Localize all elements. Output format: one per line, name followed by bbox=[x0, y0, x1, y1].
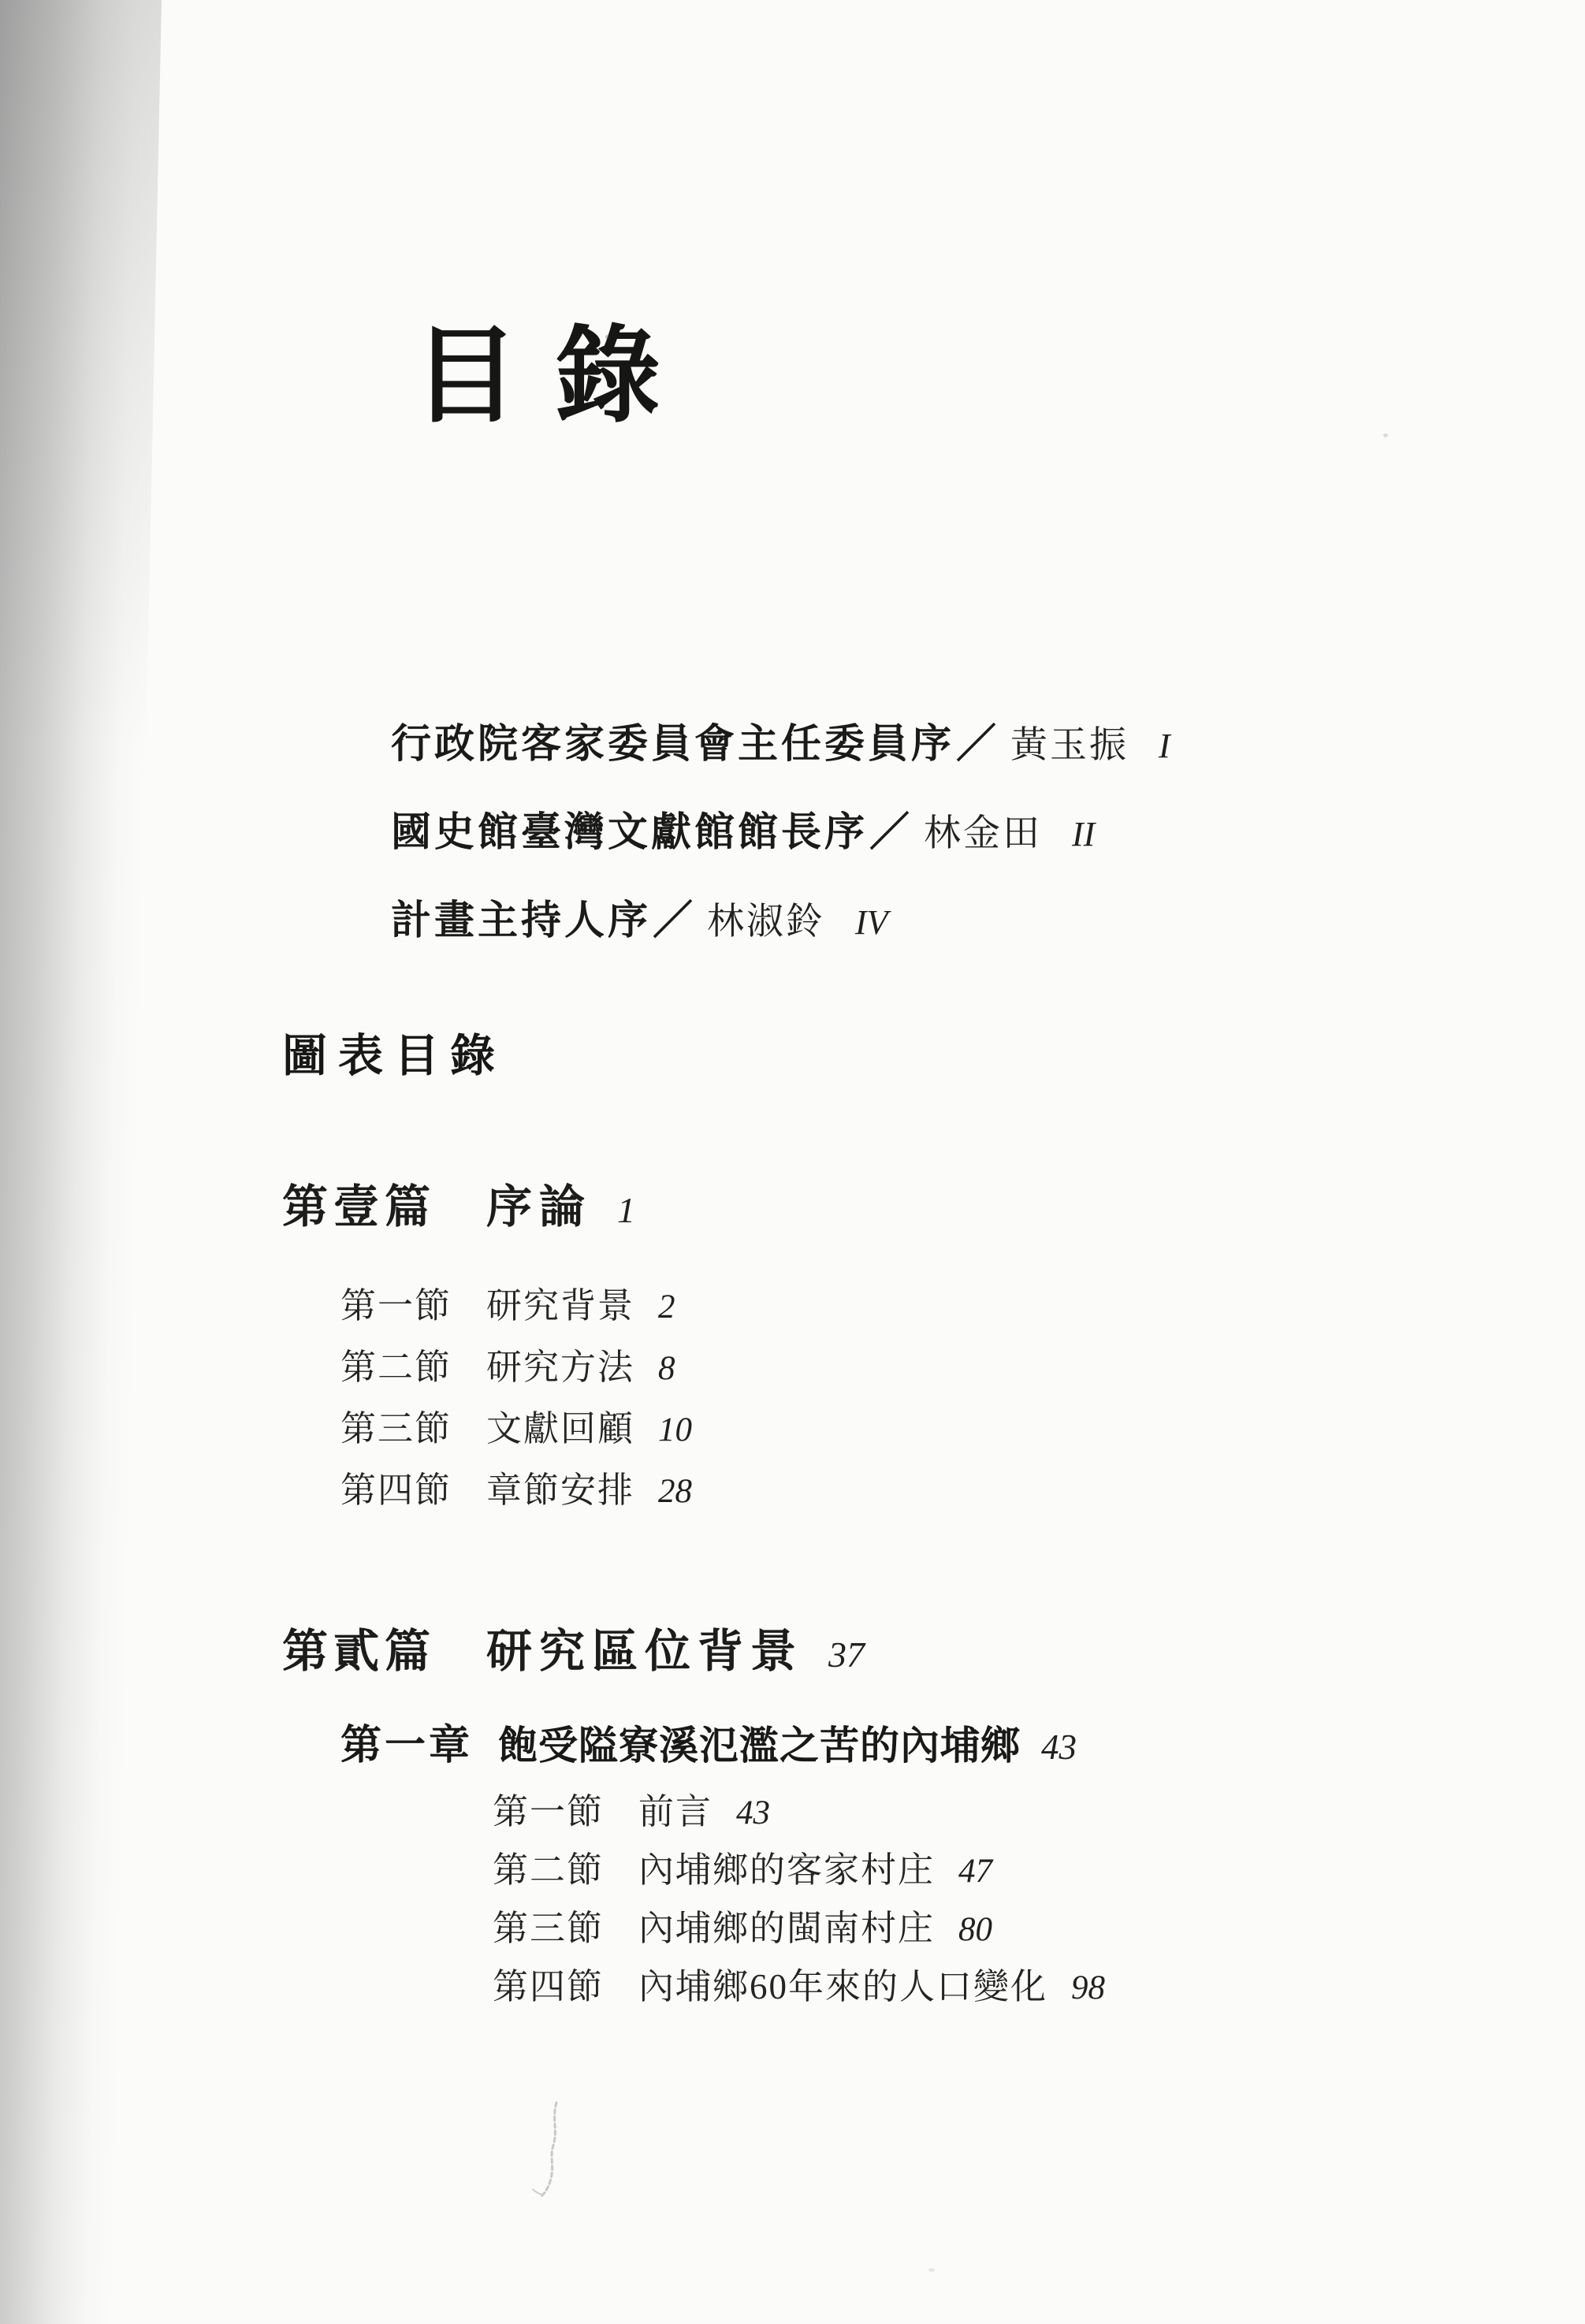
section-label: 第二節 bbox=[493, 1841, 604, 1892]
section-page-number: 98 bbox=[1071, 1969, 1105, 2007]
part-label: 第壹篇 bbox=[282, 1169, 436, 1236]
toc-section-row: 第三節 內埔鄉的閩南村庄 80 bbox=[493, 1899, 992, 1950]
chapter-heading: 第一章 飽受隘寮溪氾濫之苦的內埔鄉 43 bbox=[340, 1712, 1077, 1771]
toc-section-row: 第二節 內埔鄉的客家村庄 47 bbox=[493, 1841, 992, 1892]
dust-speck bbox=[928, 2268, 935, 2272]
dust-speck bbox=[605, 335, 609, 339]
section-page-number: 80 bbox=[958, 1910, 992, 1949]
preface-author: 林金田 bbox=[924, 804, 1042, 857]
preface-author: 林淑鈴 bbox=[707, 892, 825, 945]
section-page-number: 28 bbox=[658, 1472, 692, 1511]
chapter-title: 飽受隘寮溪氾濫之苦的內埔鄉 bbox=[498, 1714, 1021, 1771]
pencil-smudge bbox=[522, 2096, 577, 2214]
section-title: 文獻回顧 bbox=[486, 1400, 634, 1451]
section-label: 第四節 bbox=[493, 1958, 604, 2009]
part-heading: 第壹篇 序論 1 bbox=[282, 1169, 635, 1236]
section-title: 章節安排 bbox=[486, 1461, 634, 1512]
section-label: 第二節 bbox=[340, 1338, 452, 1389]
preface-page-number: I bbox=[1159, 726, 1170, 766]
section-page-number: 2 bbox=[658, 1288, 675, 1326]
section-title: 內埔鄉的客家村庄 bbox=[638, 1841, 935, 1892]
preface-label: 國史館臺灣文獻館館長序 bbox=[391, 799, 868, 857]
page-title: 目錄 bbox=[413, 322, 697, 433]
section-label: 第四節 bbox=[340, 1461, 452, 1512]
preface-label: 計畫主持人序 bbox=[391, 887, 651, 946]
slash-separator: ／ bbox=[869, 799, 910, 857]
part-page-number: 1 bbox=[617, 1189, 635, 1231]
toc-section-row: 第二節 研究方法 8 bbox=[340, 1338, 675, 1389]
scanned-toc-page: 目錄 行政院客家委員會主任委員序 ／ 黃玉振 I 國史館臺灣文獻館館長序 ／ 林… bbox=[0, 0, 1585, 2324]
part-title: 序論 bbox=[486, 1169, 592, 1236]
part-title: 研究區位背景 bbox=[486, 1614, 803, 1680]
figures-toc-heading: 圖表目錄 bbox=[282, 1020, 506, 1084]
toc-section-row: 第三節 文獻回顧 10 bbox=[340, 1400, 692, 1451]
section-title: 前言 bbox=[638, 1783, 713, 1834]
part-label: 第貳篇 bbox=[282, 1614, 436, 1680]
preface-author: 黃玉振 bbox=[1010, 716, 1129, 768]
slash-separator: ／ bbox=[653, 887, 693, 946]
preface-page-number: IV bbox=[855, 902, 888, 943]
section-title: 研究方法 bbox=[486, 1338, 634, 1389]
section-label: 第一節 bbox=[493, 1783, 604, 1834]
toc-section-row: 第四節 章節安排 28 bbox=[340, 1461, 692, 1512]
toc-section-row: 第一節 研究背景 2 bbox=[340, 1277, 675, 1328]
part-page-number: 37 bbox=[828, 1634, 865, 1675]
section-page-number: 47 bbox=[958, 1852, 992, 1891]
dust-speck bbox=[1383, 433, 1388, 437]
section-title: 內埔鄉的閩南村庄 bbox=[638, 1899, 935, 1950]
toc-section-row: 第一節 前言 43 bbox=[493, 1783, 770, 1834]
section-title: 研究背景 bbox=[486, 1277, 634, 1328]
preface-item: 國史館臺灣文獻館館長序 ／ 林金田 II bbox=[391, 799, 1095, 857]
scan-edge-shadow bbox=[0, 0, 162, 2324]
toc-section-row: 第四節 內埔鄉60年來的人口變化 98 bbox=[493, 1958, 1105, 2009]
chapter-label: 第一章 bbox=[340, 1712, 473, 1771]
section-label: 第一節 bbox=[340, 1277, 452, 1328]
chapter-page-number: 43 bbox=[1041, 1727, 1077, 1768]
section-page-number: 8 bbox=[658, 1349, 675, 1388]
preface-item: 計畫主持人序 ／ 林淑鈴 IV bbox=[391, 887, 888, 946]
slash-separator: ／ bbox=[956, 711, 996, 769]
preface-item: 行政院客家委員會主任委員序 ／ 黃玉振 I bbox=[391, 711, 1170, 769]
section-title: 內埔鄉60年來的人口變化 bbox=[638, 1958, 1047, 2009]
section-label: 第三節 bbox=[340, 1400, 452, 1451]
section-page-number: 43 bbox=[736, 1794, 770, 1832]
preface-page-number: II bbox=[1072, 814, 1095, 854]
preface-label: 行政院客家委員會主任委員序 bbox=[391, 711, 954, 769]
section-page-number: 10 bbox=[658, 1411, 692, 1449]
part-heading: 第貳篇 研究區位背景 37 bbox=[282, 1614, 865, 1680]
section-label: 第三節 bbox=[493, 1899, 604, 1950]
